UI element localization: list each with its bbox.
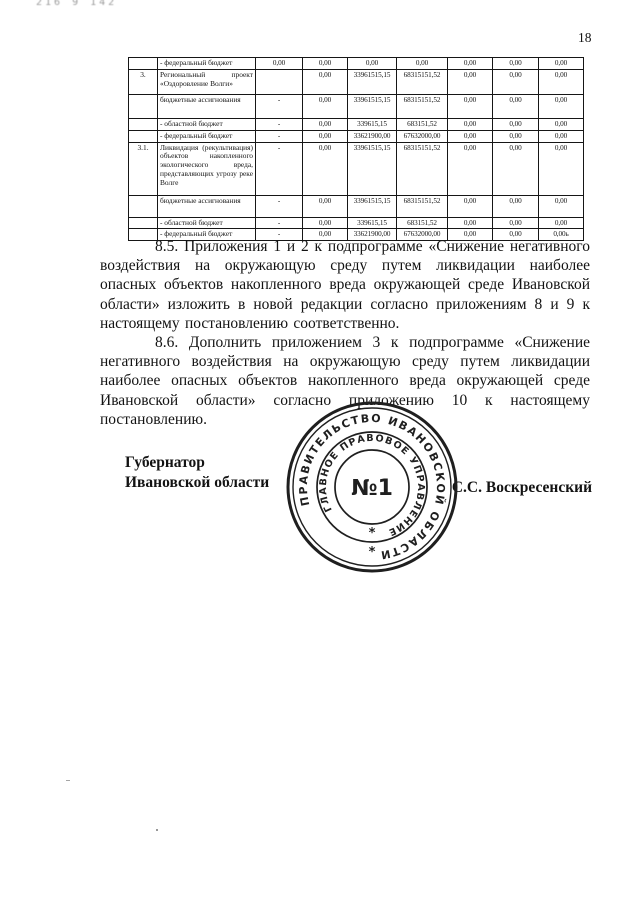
value-cell: 0,00 <box>448 217 493 229</box>
value-cell: 0,00 <box>493 70 539 95</box>
value-cell: 339615,15 <box>348 119 397 131</box>
value-cell: 0,00 <box>448 119 493 131</box>
value-cell: 33961515,15 <box>348 70 397 95</box>
row-number-cell <box>129 119 158 131</box>
table-row: бюджетные ассигнования - 0,00 33961515,1… <box>129 95 584 119</box>
value-cell: 0,00 <box>303 130 348 142</box>
value-cell <box>256 70 303 95</box>
table-row: 3. Региональный проект «Оздоровление Вол… <box>129 70 584 95</box>
value-cell: 0,00 <box>493 130 539 142</box>
value-cell: 0,00 <box>539 130 584 142</box>
value-cell: 0,00 <box>539 217 584 229</box>
value-cell: 0,00 <box>493 142 539 195</box>
value-cell: - <box>256 119 303 131</box>
stamp-star-icon: * <box>369 545 376 560</box>
value-cell: 0,00 <box>539 195 584 217</box>
value-cell: 68315151,52 <box>397 70 448 95</box>
row-name-cell: Региональный проект «Оздоровление Волги» <box>158 70 256 95</box>
value-cell: 0,00 <box>493 195 539 217</box>
table-row: - федеральный бюджет 0,00 0,00 0,00 0,00… <box>129 58 584 70</box>
value-cell: 33961515,15 <box>348 142 397 195</box>
value-cell: 0,00 <box>256 58 303 70</box>
value-cell: 0,00 <box>539 142 584 195</box>
row-name-cell: - областной бюджет <box>158 119 256 131</box>
row-number-cell: 3. <box>129 70 158 95</box>
signatory-name: С.С. Воскресенский <box>440 479 592 497</box>
value-cell: 67632000,00 <box>397 130 448 142</box>
value-cell: 0,00 <box>539 58 584 70</box>
signatory-title-line2: Ивановской области <box>125 473 269 493</box>
value-cell: - <box>256 130 303 142</box>
table-row: 3.1. Ликвидация (рекультивация) объектов… <box>129 142 584 195</box>
value-cell: 0,00 <box>303 70 348 95</box>
value-cell: 683151,52 <box>397 119 448 131</box>
scan-speck <box>66 780 70 781</box>
row-number-cell <box>129 58 158 70</box>
scan-speck <box>156 829 158 831</box>
row-number-cell <box>129 130 158 142</box>
value-cell: 33621900,00 <box>348 130 397 142</box>
value-cell: 0,00 <box>448 70 493 95</box>
value-cell: 0,00 <box>539 95 584 119</box>
value-cell: - <box>256 142 303 195</box>
stamp-center-number: №1 <box>351 476 393 501</box>
row-name-cell: - федеральный бюджет <box>158 130 256 142</box>
value-cell: 33961515,15 <box>348 195 397 217</box>
row-name-cell: - федеральный бюджет <box>158 58 256 70</box>
row-number-cell: 3.1. <box>129 142 158 195</box>
value-cell: 0,00 <box>448 58 493 70</box>
table-row: бюджетные ассигнования - 0,00 33961515,1… <box>129 195 584 217</box>
value-cell: 33961515,15 <box>348 95 397 119</box>
budget-table: - федеральный бюджет 0,00 0,00 0,00 0,00… <box>128 57 584 241</box>
value-cell: 0,00 <box>303 195 348 217</box>
document-page: 216 9 142 18 - федеральный бюджет 0,00 0… <box>0 0 640 905</box>
value-cell: 0,00 <box>448 95 493 119</box>
table-row: - областной бюджет - 0,00 339615,15 6831… <box>129 119 584 131</box>
row-number-cell <box>129 195 158 217</box>
value-cell: 0,00 <box>303 217 348 229</box>
faint-corner-mark: 216 9 142 <box>36 0 117 8</box>
value-cell: 0,00 <box>348 58 397 70</box>
official-stamp: ПРАВИТЕЛЬСТВО ИВАНОВСКОЙ ОБЛАСТИ ГЛАВНОЕ… <box>284 399 460 575</box>
paragraph-8-5: 8.5. Приложения 1 и 2 к подпрограмме «Сн… <box>100 237 590 333</box>
row-number-cell <box>129 95 158 119</box>
value-cell: 0,00 <box>448 195 493 217</box>
value-cell: - <box>256 195 303 217</box>
row-name-cell: бюджетные ассигнования <box>158 195 256 217</box>
stamp-star-icon: * <box>369 526 376 541</box>
row-number-cell <box>129 217 158 229</box>
value-cell: 339615,15 <box>348 217 397 229</box>
signatory-title-line1: Губернатор <box>125 453 269 473</box>
value-cell: 0,00 <box>303 142 348 195</box>
value-cell: 68315151,52 <box>397 142 448 195</box>
value-cell: 0,00 <box>448 142 493 195</box>
table-row: - областной бюджет - 0,00 339615,15 6831… <box>129 217 584 229</box>
table-row: - федеральный бюджет - 0,00 33621900,00 … <box>129 130 584 142</box>
signatory-title: Губернатор Ивановской области <box>125 453 269 493</box>
value-cell: 0,00 <box>493 119 539 131</box>
row-name-cell: Ликвидация (рекультивация) объектов нако… <box>158 142 256 195</box>
value-cell: 683151,52 <box>397 217 448 229</box>
value-cell: - <box>256 217 303 229</box>
row-name-cell: - областной бюджет <box>158 217 256 229</box>
value-cell: 0,00 <box>448 130 493 142</box>
value-cell: 68315151,52 <box>397 95 448 119</box>
value-cell: 0,00 <box>303 58 348 70</box>
row-name-cell: бюджетные ассигнования <box>158 95 256 119</box>
value-cell: 0,00 <box>493 217 539 229</box>
value-cell: 0,00 <box>303 119 348 131</box>
value-cell: 0,00 <box>539 70 584 95</box>
value-cell: - <box>256 95 303 119</box>
value-cell: 68315151,52 <box>397 195 448 217</box>
page-number: 18 <box>578 30 592 46</box>
value-cell: 0,00 <box>493 95 539 119</box>
value-cell: 0,00 <box>539 119 584 131</box>
value-cell: 0,00 <box>303 95 348 119</box>
value-cell: 0,00 <box>397 58 448 70</box>
value-cell: 0,00 <box>493 58 539 70</box>
